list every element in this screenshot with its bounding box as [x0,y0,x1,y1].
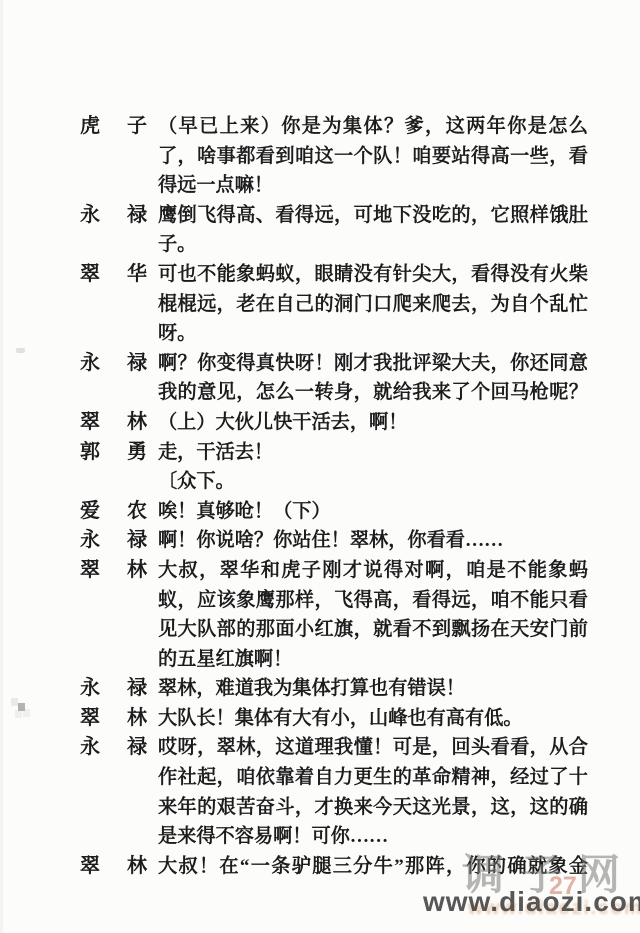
play-script-text: 虎子 （早已上来）你是为集体？爹，这两年你是怎么 了，啥事都看到咱这一个队！咱要… [80,112,595,881]
dialogue: 走，干活去！ 〔众下。 [158,438,588,497]
scan-speck [18,703,25,711]
dialogue-line: 啊！你说啥？你站住！翠林，你看看…… [158,526,588,556]
speaker-name: 翠林 [80,852,147,882]
dialogue-line: 来年的艰苦奋斗，才换来今天这光景，这，这的确 [158,793,588,823]
speech-yonglu: 永禄 翠林，难道我为集体打算也有错误！ [80,674,595,704]
speech-cuihua: 翠华 可也不能象蚂蚁，眼睛没有针尖大，看得没有火柴 棍棍远，老在自己的洞门口爬来… [80,260,595,349]
dialogue-line: 呀。 [158,319,588,349]
speaker-char: 翠 [80,852,100,882]
dialogue: 啊！你说啥？你站住！翠林，你看看…… [158,526,588,556]
speech-guoyong: 郭勇 走，干活去！ 〔众下。 [80,438,595,497]
speaker-name: 郭勇 [80,438,147,468]
speech-huzi: 虎子 （早已上来）你是为集体？爹，这两年你是怎么 了，啥事都看到咱这一个队！咱要… [80,112,595,201]
speaker-char: 华 [127,260,147,290]
speech-yonglu: 永禄 哎呀，翠林，这道理我懂！可是，回头看看，从合 作社起，咱依靠着自力更生的革… [80,733,595,851]
speaker-name: 永禄 [80,674,147,704]
speaker-char: 禄 [127,201,147,231]
speaker-char: 郭 [80,438,100,468]
speech-yonglu: 永禄 啊？你变得真快呀！刚才我批评梁大夫，你还同意 我的意见，怎么一转身，就给我… [80,349,595,408]
dialogue-line: 作社起，咱依靠着自力更生的革命精神，经过了十 [158,763,588,793]
speech-cuilin: 翠林 大叔，翠华和虎子刚才说得对啊，咱是不能象蚂 蚁，应该象鹰那样，飞得高，看得… [80,556,595,674]
scan-speck [16,348,25,353]
speaker-char: 永 [80,733,100,763]
dialogue-line: 唉！真够呛！（下） [158,497,588,527]
dialogue-line: 是来得不容易啊！可你…… [158,822,588,852]
dialogue-line: 了，啥事都看到咱这一个队！咱要站得高一些，看 [158,142,588,172]
speaker-char: 翠 [80,556,100,586]
dialogue-line: 走，干活去！ [158,438,588,468]
speaker-char: 林 [127,556,147,586]
dialogue-line: （上）大伙儿快干活去，啊！ [158,408,588,438]
speaker-name: 翠华 [80,260,147,290]
dialogue: 唉！真够呛！（下） [158,497,588,527]
speaker-char: 子 [127,112,147,142]
dialogue-line: 鹰倒飞得高、看得远，可地下没吃的，它照样饿肚 [158,201,588,231]
speaker-char: 永 [80,201,100,231]
dialogue-line: 子。 [158,230,588,260]
speech-yonglu: 永禄 鹰倒飞得高、看得远，可地下没吃的，它照样饿肚 子。 [80,201,595,260]
speaker-name: 永禄 [80,201,147,231]
speaker-char: 林 [127,704,147,734]
speaker-char: 爱 [80,497,100,527]
speaker-char: 永 [80,674,100,704]
dialogue-line: 的五星红旗啊！ [158,645,588,675]
speaker-name: 翠林 [80,704,147,734]
dialogue: 哎呀，翠林，这道理我懂！可是，回头看看，从合 作社起，咱依靠着自力更生的革命精神… [158,733,588,851]
dialogue-line: 可也不能象蚂蚁，眼睛没有针尖大，看得没有火柴 [158,260,588,290]
dialogue-line: 得远一点嘛！ [158,171,588,201]
dialogue: （上）大伙儿快干活去，啊！ [158,408,588,438]
speech-cuilin: 翠林 （上）大伙儿快干活去，啊！ [80,408,595,438]
dialogue: 大队长！集体有大有小，山峰也有高有低。 [158,704,588,734]
dialogue: 可也不能象蚂蚁，眼睛没有针尖大，看得没有火柴 棍棍远，老在自己的洞门口爬来爬去，… [158,260,588,349]
speaker-char: 禄 [127,349,147,379]
speech-yonglu: 永禄 啊！你说啥？你站住！翠林，你看看…… [80,526,595,556]
speaker-char: 永 [80,526,100,556]
speaker-name: 永禄 [80,526,147,556]
speaker-name: 永禄 [80,349,147,379]
dialogue-line: 哎呀，翠林，这道理我懂！可是，回头看看，从合 [158,733,588,763]
stage-direction-line: 〔众下。 [158,467,588,497]
speaker-char: 虎 [80,112,100,142]
speaker-name: 翠林 [80,556,147,586]
speaker-char: 农 [127,497,147,527]
dialogue-line: 棍棍远，老在自己的洞门口爬来爬去，为自个乱忙 [158,290,588,320]
dialogue: 大叔，翠华和虎子刚才说得对啊，咱是不能象蚂 蚁，应该象鹰那样，飞得高，看得远，咱… [158,556,588,674]
dialogue: （早已上来）你是为集体？爹，这两年你是怎么 了，啥事都看到咱这一个队！咱要站得高… [158,112,588,201]
dialogue-line: （早已上来）你是为集体？爹，这两年你是怎么 [158,112,588,142]
speaker-char: 林 [127,852,147,882]
speaker-char: 翠 [80,260,100,290]
dialogue: 翠林，难道我为集体打算也有错误！ [158,674,588,704]
watermark-url: www.diaozi.com [423,886,640,918]
speaker-char: 翠 [80,704,100,734]
speaker-char: 勇 [127,438,147,468]
dialogue-line: 我的意见，怎么一转身，就给我来了个回马枪呢？ [158,378,588,408]
speaker-char: 禄 [127,674,147,704]
speaker-name: 翠林 [80,408,147,438]
speaker-char: 禄 [127,733,147,763]
speech-cuilin: 翠林 大队长！集体有大有小，山峰也有高有低。 [80,704,595,734]
dialogue: 鹰倒飞得高、看得远，可地下没吃的，它照样饿肚 子。 [158,201,588,260]
speaker-char: 永 [80,349,100,379]
dialogue-line: 翠林，难道我为集体打算也有错误！ [158,674,588,704]
speaker-name: 爱农 [80,497,147,527]
scan-edge-shadow [0,0,3,933]
dialogue-line: 啊？你变得真快呀！刚才我批评梁大夫，你还同意 [158,349,588,379]
speaker-name: 虎子 [80,112,147,142]
dialogue-line: 见大队部的那面小红旗，就看不到飘扬在天安门前 [158,615,588,645]
book-page: 虎子 （早已上来）你是为集体？爹，这两年你是怎么 了，啥事都看到咱这一个队！咱要… [0,0,640,933]
dialogue-line: 蚁，应该象鹰那样，飞得高，看得远，咱不能只看 [158,586,588,616]
dialogue-line: 大叔，翠华和虎子刚才说得对啊，咱是不能象蚂 [158,556,588,586]
speaker-char: 翠 [80,408,100,438]
speech-ainong: 爱农 唉！真够呛！（下） [80,497,595,527]
dialogue: 啊？你变得真快呀！刚才我批评梁大夫，你还同意 我的意见，怎么一转身，就给我来了个… [158,349,588,408]
speaker-char: 禄 [127,526,147,556]
speaker-name: 永禄 [80,733,147,763]
dialogue-line: 大队长！集体有大有小，山峰也有高有低。 [158,704,588,734]
speaker-char: 林 [127,408,147,438]
